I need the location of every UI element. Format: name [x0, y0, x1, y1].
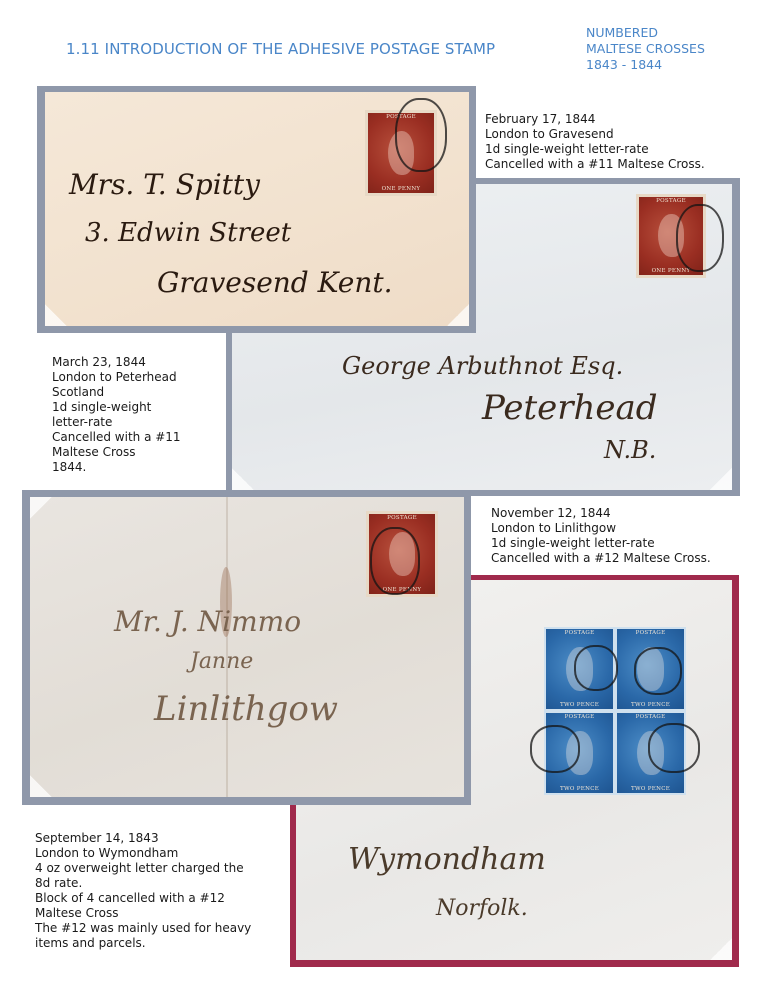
- address-line: Mrs. T. Spitty: [69, 168, 260, 201]
- mount-corner: [710, 468, 732, 490]
- caption-linlithgow: November 12, 1844 London to Linlithgow 1…: [491, 506, 711, 566]
- subtitle-line: MALTESE CROSSES: [586, 41, 705, 57]
- subtitle-line: 1843 - 1844: [586, 57, 705, 73]
- maltese-cross-cancel: [574, 645, 618, 691]
- maltese-cross-cancel: [395, 98, 447, 172]
- cover-gravesend: Mrs. T. Spitty 3. Edwin Street Gravesend…: [45, 92, 469, 326]
- address-line: N.B.: [604, 436, 656, 464]
- address-line: 3. Edwin Street: [85, 218, 291, 248]
- address-line: Peterhead: [482, 388, 658, 428]
- caption-wymondham: September 14, 1843 London to Wymondham 4…: [35, 831, 251, 951]
- address-line: George Arbuthnot Esq.: [342, 352, 623, 380]
- mount-corner: [30, 497, 52, 519]
- page-title: 1.11 INTRODUCTION OF THE ADHESIVE POSTAG…: [66, 40, 495, 58]
- address-line: Janne: [190, 649, 253, 674]
- address-line: Mr. J. Nimmo: [114, 605, 301, 638]
- maltese-cross-cancel: [648, 723, 700, 773]
- fold-line: [226, 497, 228, 797]
- caption-peterhead: March 23, 1844 London to Peterhead Scotl…: [52, 355, 181, 475]
- address-line: Linlithgow: [154, 689, 338, 729]
- maltese-cross-cancel: [676, 204, 724, 272]
- address-line: Norfolk.: [436, 896, 528, 921]
- mount-corner: [232, 468, 254, 490]
- mount-corner: [710, 938, 732, 960]
- address-line: Wymondham: [348, 842, 546, 877]
- cover-linlithgow: Mr. J. Nimmo Janne Linlithgow POSTAGE ON…: [30, 497, 464, 797]
- mount-corner: [447, 304, 469, 326]
- mount-corner: [30, 775, 52, 797]
- address-line: Gravesend Kent.: [157, 266, 393, 299]
- mount-corner: [45, 304, 67, 326]
- stamp-block-of-four: POSTAGE TWO PENCE POSTAGE TWO PENCE POST…: [544, 627, 686, 795]
- subtitle-line: NUMBERED: [586, 25, 705, 41]
- maltese-cross-cancel: [370, 527, 420, 595]
- maltese-cross-cancel: [530, 725, 580, 773]
- page-subtitle: NUMBERED MALTESE CROSSES 1843 - 1844: [586, 25, 705, 73]
- caption-gravesend: February 17, 1844 London to Gravesend 1d…: [485, 112, 705, 172]
- maltese-cross-cancel: [634, 647, 682, 695]
